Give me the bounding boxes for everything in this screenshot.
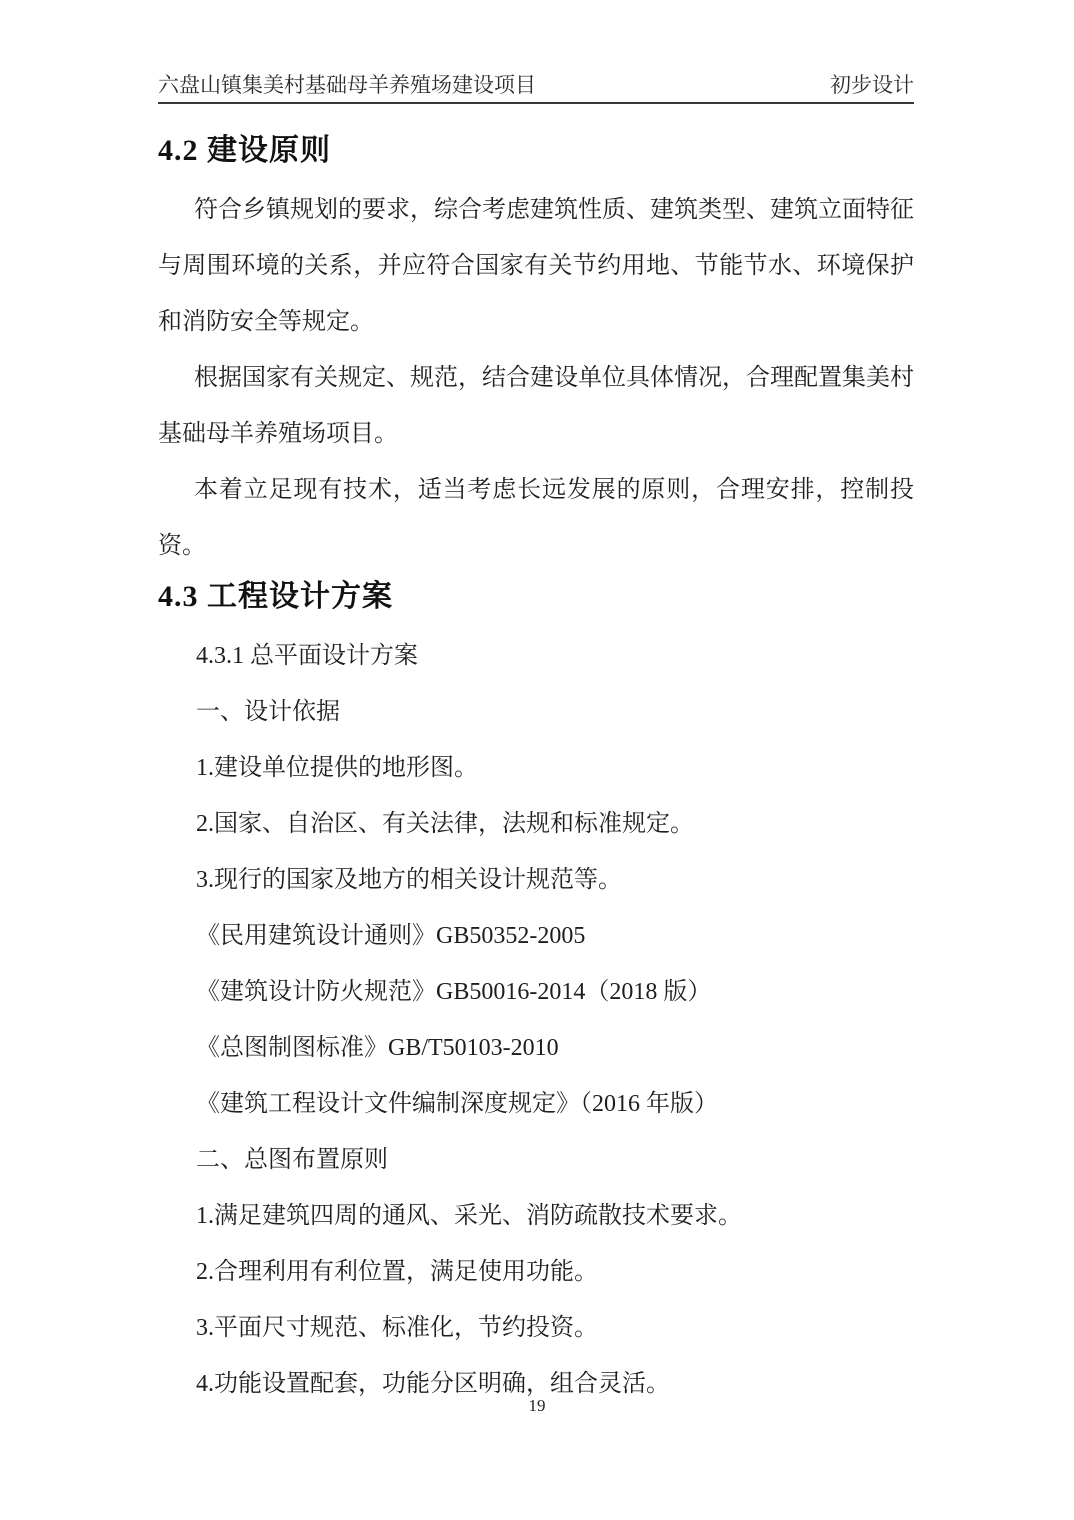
- header-project-title: 六盘山镇集美村基础母羊养殖场建设项目: [158, 72, 536, 98]
- body-line-standard-1: 《民用建筑设计通则》GB50352-2005: [158, 908, 914, 964]
- body-paragraph-1: 符合乡镇规划的要求，综合考虑建筑性质、建筑类型、建筑立面特征与周围环境的关系，并…: [158, 182, 914, 350]
- section-heading-4-2: 4.2 建设原则: [158, 128, 914, 174]
- body-line-principle-2: 2.合理利用有利位置，满足使用功能。: [158, 1244, 914, 1300]
- document-page: 六盘山镇集美村基础母羊养殖场建设项目 初步设计 4.2 建设原则 符合乡镇规划的…: [0, 0, 1074, 1520]
- body-line-item-2: 2.国家、自治区、有关法律，法规和标准规定。: [158, 796, 914, 852]
- body-line-item-1: 1.建设单位提供的地形图。: [158, 740, 914, 796]
- body-paragraph-2: 根据国家有关规定、规范，结合建设单位具体情况，合理配置集美村基础母羊养殖场项目。: [158, 350, 914, 462]
- page-header: 六盘山镇集美村基础母羊养殖场建设项目 初步设计: [158, 72, 914, 104]
- body-line-subheading-4-3-1: 4.3.1 总平面设计方案: [158, 628, 914, 684]
- page-number: 19: [529, 1396, 546, 1415]
- body-line-standard-3: 《总图制图标准》GB/T50103-2010: [158, 1020, 914, 1076]
- page-footer: 19: [0, 1396, 1074, 1416]
- body-line-item-3: 3.现行的国家及地方的相关设计规范等。: [158, 852, 914, 908]
- body-line-principle-3: 3.平面尺寸规范、标准化，节约投资。: [158, 1300, 914, 1356]
- body-line-design-basis: 一、设计依据: [158, 684, 914, 740]
- body-line-principle-1: 1.满足建筑四周的通风、采光、消防疏散技术要求。: [158, 1188, 914, 1244]
- header-doc-type: 初步设计: [830, 72, 914, 98]
- body-paragraph-3: 本着立足现有技术，适当考虑长远发展的原则，合理安排，控制投资。: [158, 462, 914, 574]
- body-line-layout-principles: 二、总图布置原则: [158, 1132, 914, 1188]
- body-line-standard-2: 《建筑设计防火规范》GB50016-2014（2018 版）: [158, 964, 914, 1020]
- section-heading-4-3: 4.3 工程设计方案: [158, 574, 914, 620]
- body-line-standard-4: 《建筑工程设计文件编制深度规定》（2016 年版）: [158, 1076, 914, 1132]
- document-body: 4.2 建设原则 符合乡镇规划的要求，综合考虑建筑性质、建筑类型、建筑立面特征与…: [158, 128, 914, 1412]
